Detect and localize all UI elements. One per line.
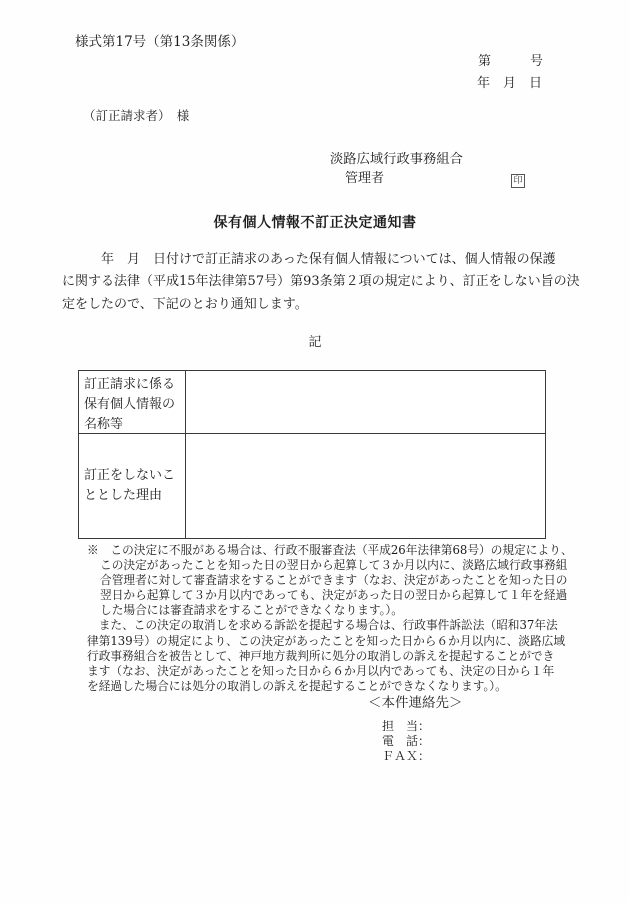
contact-person-line: 担 当： (382, 719, 430, 734)
seal-stamp-icon: 印 (511, 174, 525, 188)
contact-fax-line: ＦＡＸ： (382, 749, 430, 764)
contact-heading: ＜本件連絡先＞ (368, 696, 463, 712)
label-line: 保有個人情報の (84, 395, 185, 415)
document-date-line: 年 月 日 (477, 77, 542, 92)
note-line: また、この決定の取消しを求める訴訟を提起する場合は、行政事件訴訟法（昭和37年法 (87, 618, 572, 633)
document-title: 保有個人情報不訂正決定通知書 (0, 212, 630, 232)
body-line: 定をしたので、下記のとおり通知します。 (62, 294, 562, 316)
decision-table: 訂正請求に係る 保有個人情報の 名称等 訂正をしないこ ととした理由 (78, 370, 546, 539)
note-section: ※ この決定に不服がある場合は、行政不服審査法（平成26年法律第68号）の規定に… (87, 543, 572, 694)
issuer-org-name: 淡路広域行政事務組合 (330, 152, 463, 167)
note-line: 合管理者に対して審査請求をすることができます（なお、決定があったことを知った日の (87, 573, 572, 588)
note-line: を経過した場合には処分の取消しの訴えを提起することができなくなります。）。 (87, 679, 572, 694)
body-line: に関する法律（平成15年法律第57号）第93条第２項の規定により、訂正をしない旨… (62, 271, 562, 293)
form-number: 様式第17号（第13条関係） (75, 35, 244, 51)
note-line: ます（なお、決定があったことを知った日から６か月以内であっても、決定の日から１年 (87, 664, 572, 679)
contact-block: 担 当： 電 話： ＦＡＸ： (382, 719, 430, 764)
table-row-information-name: 訂正請求に係る 保有個人情報の 名称等 (79, 371, 545, 433)
label-cell-information-name: 訂正請求に係る 保有個人情報の 名称等 (79, 371, 186, 433)
label-cell-reason: 訂正をしないこ ととした理由 (79, 434, 186, 538)
body-line: 年 月 日付けで訂正請求のあった保有個人情報については、個人情報の保護 (62, 249, 562, 271)
note-line: 翌日から起算して３か月以内であっても、決定があった日の翌日から起算して１年を経過 (87, 588, 572, 603)
value-cell-reason (186, 434, 545, 538)
note-line: この決定があったことを知った日の翌日から起算して３か月以内に、淡路広域行政事務組 (87, 558, 572, 573)
label-line: 名称等 (84, 415, 185, 435)
issuer-role: 管理者 (345, 172, 384, 187)
label-line: 訂正請求に係る (84, 375, 185, 395)
note-line: 行政事務組合を被告として、神戸地方裁判所に処分の取消しの訴えを提起することができ (87, 649, 572, 664)
label-line: 訂正をしないこ (84, 466, 185, 486)
note-line: 律第139号）の規定により、この決定があったことを知った日から６か月以内に、淡路… (87, 634, 572, 649)
ki-heading: 記 (0, 331, 630, 350)
table-row-reason: 訂正をしないこ ととした理由 (79, 433, 545, 538)
value-cell-information-name (186, 371, 545, 433)
note-line: した場合には審査請求をすることができなくなります。）。 (87, 603, 572, 618)
label-line: ととした理由 (84, 486, 185, 506)
contact-phone-line: 電 話： (382, 734, 430, 749)
document-page: 様式第17号（第13条関係） 第 号 年 月 日 （訂正請求者） 様 淡路広域行… (0, 0, 630, 903)
addressee-line: （訂正請求者） 様 (83, 109, 189, 123)
body-paragraph: 年 月 日付けで訂正請求のあった保有個人情報については、個人情報の保護 に関する… (62, 249, 562, 316)
document-number-line: 第 号 (478, 55, 543, 70)
note-line: ※ この決定に不服がある場合は、行政不服審査法（平成26年法律第68号）の規定に… (87, 543, 572, 558)
